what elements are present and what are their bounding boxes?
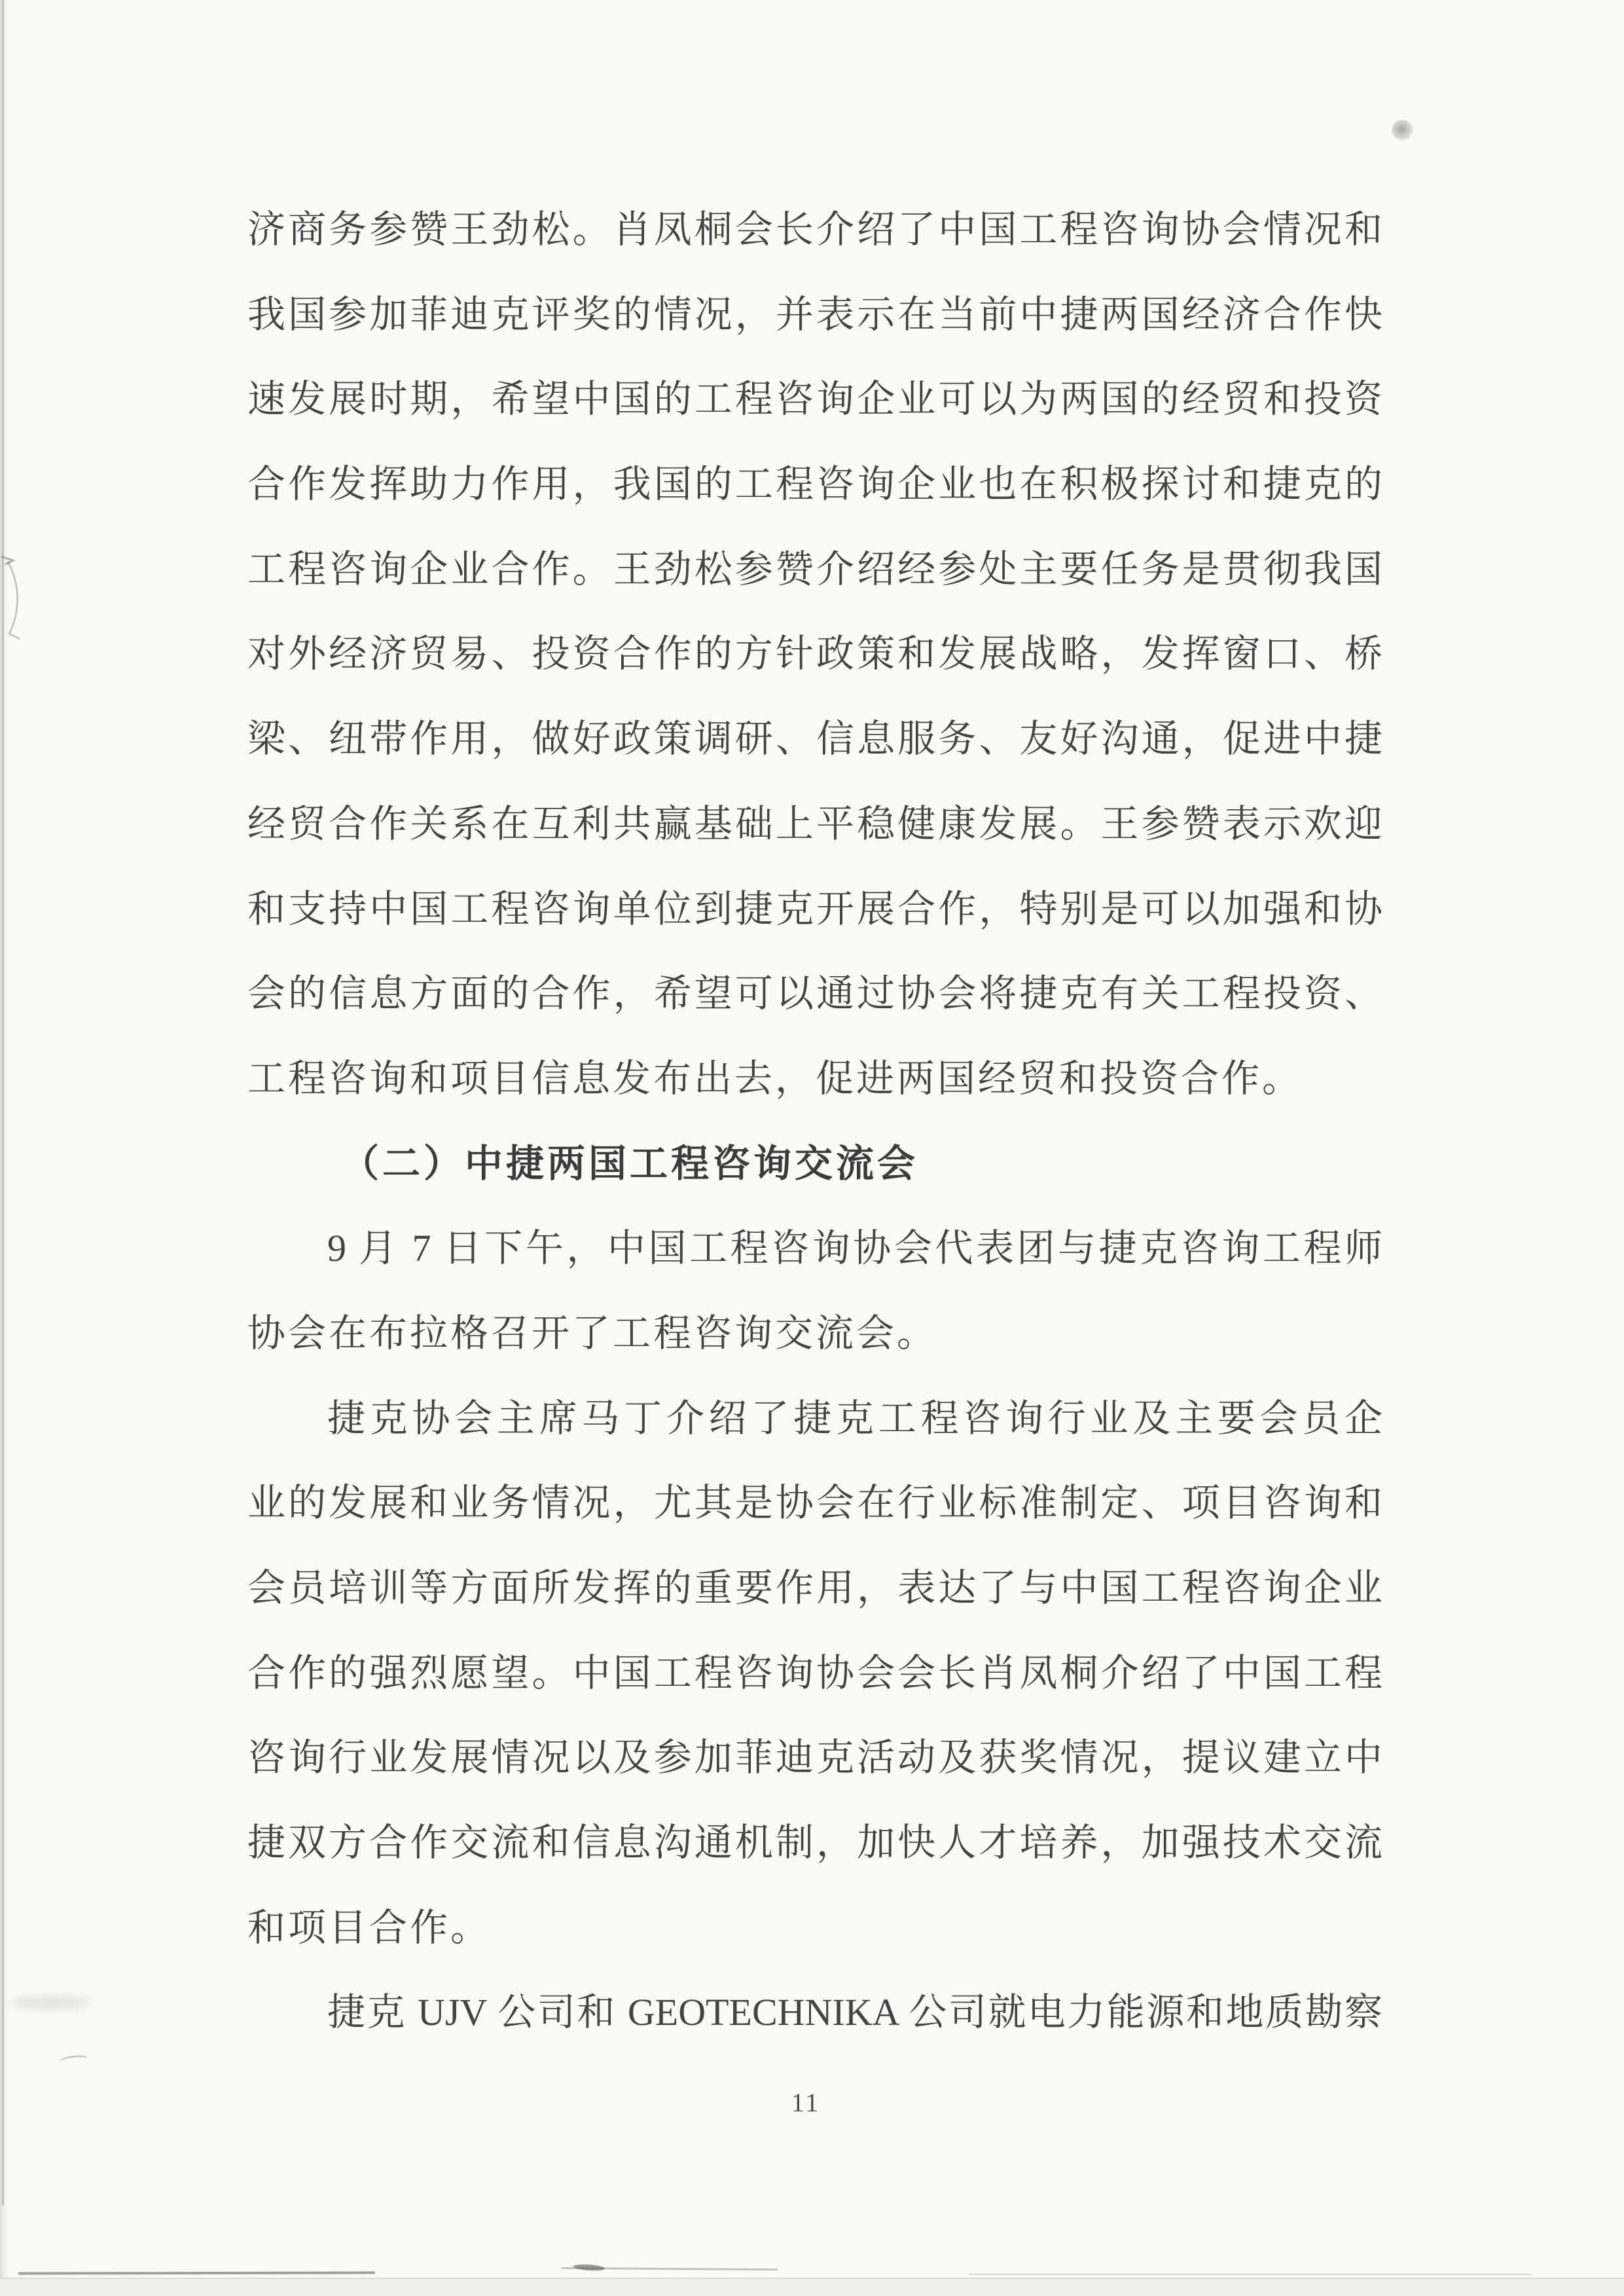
text-line: 合作的强烈愿望。中国工程咨询协会会长肖凤桐介绍了中国工程 (247, 1652, 1382, 1737)
section-heading: （二）中捷两国工程咨询交流会 (247, 1142, 1382, 1228)
text-line: 经贸合作关系在互利共赢基础上平稳健康发展。王参赞表示欢迎 (247, 803, 1382, 888)
text-line: 对外经济贸易、投资合作的方针政策和发展战略，发挥窗口、桥 (247, 632, 1382, 718)
page-number: 11 (0, 2087, 1612, 2118)
text-line: 业的发展和业务情况，尤其是协会在行业标准制定、项目咨询和 (247, 1482, 1382, 1567)
text-line: 捷克协会主席马丁介绍了捷克工程咨询行业及主要会员企 (247, 1397, 1382, 1482)
text-line: 捷克 UJV 公司和 GEOTECHNIKA 公司就电力能源和地质勘察 (247, 1991, 1382, 2076)
paper-edge-shadow (969, 2274, 1532, 2275)
left-edge-crease-mark (0, 550, 29, 648)
left-scan-edge-line (2, 0, 4, 2205)
text-line: 会员培训等方面所发挥的重要作用，表达了与中国工程咨询企业 (247, 1567, 1382, 1652)
text-line: 协会在布拉格召开了工程咨询交流会。 (247, 1312, 1382, 1397)
text-line: 速发展时期，希望中国的工程咨询企业可以为两国的经贸和投资 (247, 378, 1382, 463)
scanner-background-strip (0, 2279, 1624, 2296)
text-block: 济商务参赞王劲松。肖凤桐会长介绍了中国工程咨询协会情况和我国参加菲迪克评奖的情况… (247, 208, 1382, 2076)
paper-edge-shadow (18, 2271, 375, 2274)
text-line: 和项目合作。 (247, 1906, 1382, 1992)
text-line: 我国参加菲迪克评奖的情况，并表示在当前中捷两国经济合作快 (247, 293, 1382, 378)
text-line: 济商务参赞王劲松。肖凤桐会长介绍了中国工程咨询协会情况和 (247, 208, 1382, 293)
text-line: 工程咨询和项目信息发布出去，促进两国经贸和投资合作。 (247, 1057, 1382, 1142)
pencil-smudge (58, 2054, 88, 2066)
scan-speck (1392, 120, 1414, 141)
text-line: 工程咨询企业合作。王劲松参赞介绍经参处主要任务是贯彻我国 (247, 548, 1382, 633)
text-line: 合作发挥助力作用，我国的工程咨询企业也在积极探讨和捷克的 (247, 463, 1382, 548)
text-line: 咨询行业发展情况以及参加菲迪克活动及获奖情况，提议建立中 (247, 1736, 1382, 1821)
text-line: 梁、纽带作用，做好政策调研、信息服务、友好沟通，促进中捷 (247, 718, 1382, 803)
scanned-page: 济商务参赞王劲松。肖凤桐会长介绍了中国工程咨询协会情况和我国参加菲迪克评奖的情况… (0, 0, 1624, 2296)
text-line: 捷双方合作交流和信息沟通机制，加快人才培养，加强技术交流 (247, 1821, 1382, 1906)
text-line: 会的信息方面的合作，希望可以通过协会将捷克有关工程投资、 (247, 972, 1382, 1057)
text-line: 和支持中国工程咨询单位到捷克开展合作，特别是可以加强和协 (247, 888, 1382, 973)
text-line: 9 月 7 日下午，中国工程咨询协会代表团与捷克咨询工程师 (247, 1227, 1382, 1312)
paper-edge-shadow-blob (573, 2263, 605, 2271)
corner-smudge (12, 1995, 90, 2010)
